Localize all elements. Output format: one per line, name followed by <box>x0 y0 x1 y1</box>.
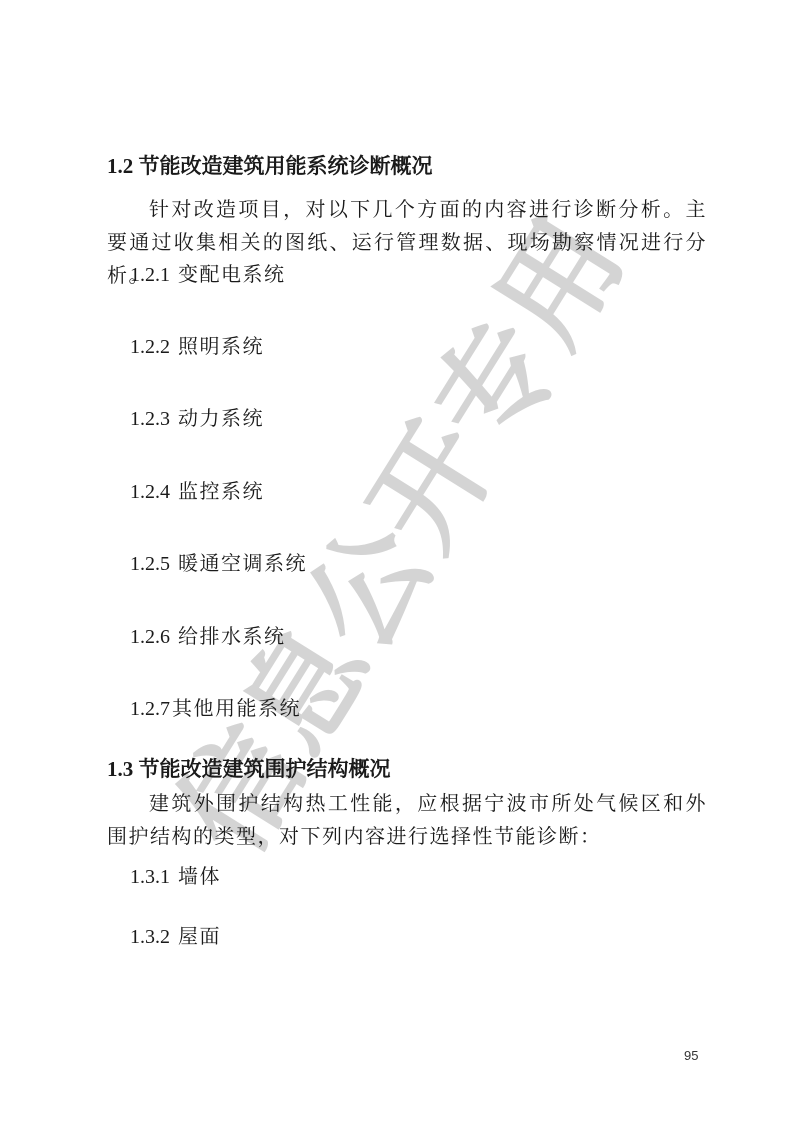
item-number: 1.2.3 <box>130 408 170 430</box>
item-label: 墙体 <box>178 866 221 888</box>
item-label: 给排水系统 <box>178 626 286 648</box>
item-label: 屋面 <box>178 926 221 948</box>
list-item: 1.3.2屋面 <box>130 920 221 949</box>
item-label: 其他用能系统 <box>172 698 301 720</box>
item-number: 1.2.5 <box>130 553 170 575</box>
list-item: 1.2.5暖通空调系统 <box>130 547 307 576</box>
section-heading-1-2: 1.2 节能改造建筑用能系统诊断概况 <box>107 150 433 180</box>
item-number: 1.2.6 <box>130 626 170 648</box>
item-number: 1.3.1 <box>130 866 170 888</box>
list-item: 1.2.1变配电系统 <box>130 258 286 287</box>
item-number: 1.2.2 <box>130 336 170 358</box>
item-number: 1.2.1 <box>130 264 170 286</box>
item-number: 1.2.7 <box>130 698 170 720</box>
list-item: 1.2.4监控系统 <box>130 475 264 504</box>
item-number: 1.2.4 <box>130 481 170 503</box>
page-number: 95 <box>684 1048 698 1063</box>
item-label: 变配电系统 <box>178 264 286 286</box>
item-number: 1.3.2 <box>130 926 170 948</box>
list-item: 1.3.1墙体 <box>130 860 221 889</box>
page-content: 1.2 节能改造建筑用能系统诊断概况 针对改造项目，对以下几个方面的内容进行诊断… <box>0 0 800 1131</box>
item-label: 照明系统 <box>178 336 264 358</box>
item-label: 暖通空调系统 <box>178 553 307 575</box>
list-item: 1.2.6给排水系统 <box>130 620 286 649</box>
item-label: 动力系统 <box>178 408 264 430</box>
list-item: 1.2.7其他用能系统 <box>130 692 301 721</box>
list-item: 1.2.2照明系统 <box>130 330 264 359</box>
document-page: 信息公开专用 1.2 节能改造建筑用能系统诊断概况 针对改造项目，对以下几个方面… <box>0 0 800 1131</box>
section-paragraph-1-3: 建筑外围护结构热工性能，应根据宁波市所处气候区和外围护结构的类型，对下列内容进行… <box>107 788 707 854</box>
item-label: 监控系统 <box>178 481 264 503</box>
section-heading-1-3: 1.3 节能改造建筑围护结构概况 <box>107 753 391 783</box>
list-item: 1.2.3动力系统 <box>130 402 264 431</box>
